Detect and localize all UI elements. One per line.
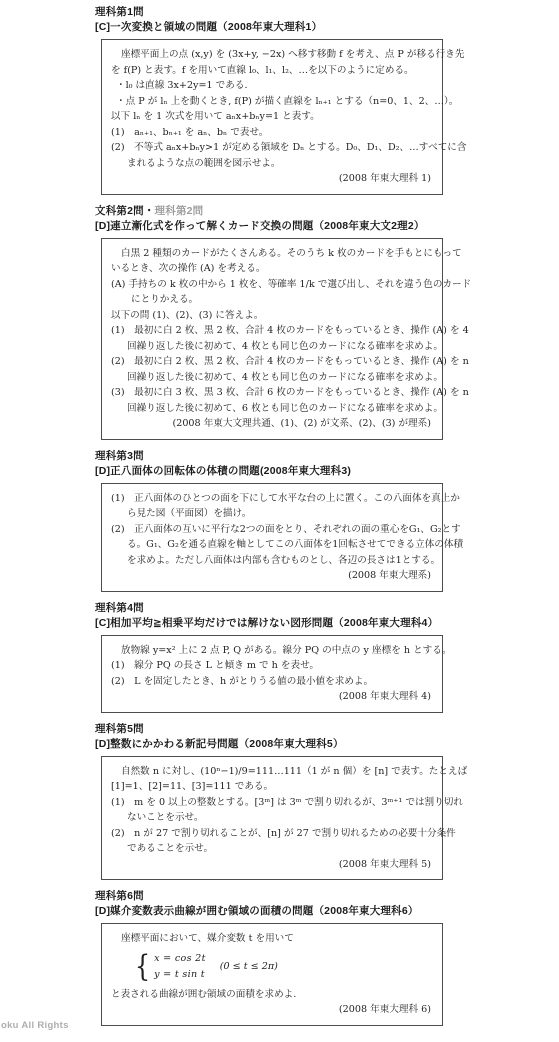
problem-text-line: (A) 手持ちの k 枚の中から 1 枚を、等確率 1/k で選び出し、それを違… <box>111 277 433 293</box>
problem-text-line: 以下 lₙ を 1 次式を用いて aₙx+bₙy=1 と表す。 <box>111 109 433 125</box>
problem-box: 白黒 2 種類のカードがたくさんある。そのうち k 枚のカードを手もとにもって … <box>101 238 443 440</box>
equation-y: y = t sin t <box>154 967 206 983</box>
problem-box: 放物線 y=x² 上に 2 点 P, Q がある。線分 PQ の中点の y 座標… <box>101 635 443 713</box>
citation: (2008 年東大理科 4) <box>111 689 433 705</box>
problem-box: 座標平面上の点 (x,y) を (3x+y, −2x) へ移す移動 f を考え、… <box>101 39 443 195</box>
problem-text-line: (2) 最初に白 2 枚、黒 2 枚、合計 4 枚のカードをもっているとき、操作… <box>111 354 433 370</box>
section-heading: 理科第6問 <box>95 889 445 904</box>
section-heading-secondary-label: 理科第2問 <box>155 205 204 217</box>
citation: (2008 年東大理科 5) <box>111 857 433 873</box>
problem-text-line: (2) 正八面体の互いに平行な2つの面をとり、それぞれの面の重心をG₁、G₂とす <box>111 522 433 538</box>
section-rika-1: 理科第1問 [C]一次変換と領域の問題（2008年東大理科1） 座標平面上の点 … <box>95 5 445 195</box>
section-heading: 理科第3問 <box>95 449 445 464</box>
problem-box: 座標平面において、媒介変数 t を用いて { x = cos 2t y = t … <box>101 923 443 1026</box>
problem-text-line: ないことを示せ。 <box>111 810 433 826</box>
section-heading-label: 理科第3問 <box>95 450 144 462</box>
problem-text-line: (1) 正八面体のひとつの面を下にして水平な台の上に置く。この八面体を真上か <box>111 491 433 507</box>
problem-title: [D]正八面体の回転体の体積の問題(2008年東大理科3) <box>95 464 445 479</box>
problem-text-line: ・点 P が lₙ 上を動くとき, f(P) が描く直線を lₙ₊₁ とする（n… <box>111 94 433 110</box>
section-rika-6: 理科第6問 [D]媒介変数表示曲線が囲む領域の面積の問題（2008年東大理科6）… <box>95 889 445 1026</box>
section-heading-label: 理科第4問 <box>95 602 144 614</box>
problem-text-line: る。G₁、G₂を通る直線を軸としてこの八面体を1回転させてできる立体の体積 <box>111 537 433 553</box>
problem-text-line: 回繰り返した後に初めて、6 枚とも同じ色のカードになる確率を求めよ。 <box>111 401 433 417</box>
problem-title: [D]媒介変数表示曲線が囲む領域の面積の問題（2008年東大理科6） <box>95 904 445 919</box>
section-heading: 理科第5問 <box>95 722 445 737</box>
problem-text-line: ら見た図（平面図）を描け。 <box>111 506 433 522</box>
equation-system: { x = cos 2t y = t sin t (0 ≤ t ≤ 2π) <box>133 949 433 985</box>
problem-title: [C]一次変換と領域の問題（2008年東大理科1） <box>95 20 445 35</box>
section-heading-label: 理科第1問 <box>95 6 144 18</box>
problem-text-line: (2) n が 27 で割り切れることが、[n] が 27 で割り切れるための必… <box>111 826 433 842</box>
problem-text-line: (1) m を 0 以上の整数とする。[3ᵐ] は 3ᵐ で割り切れるが、3ᵐ⁺… <box>111 795 433 811</box>
problem-text-line: 以下の問 (1)、(2)、(3) に答えよ。 <box>111 308 433 324</box>
problem-text-line: (1) aₙ₊₁、bₙ₊₁ を aₙ、bₙ で表せ。 <box>111 125 433 141</box>
problem-text-line: (2) 不等式 aₙx+bₙy>1 が定める領域を Dₙ とする。D₀、D₁、D… <box>111 140 433 156</box>
problem-text-line: にとりかえる。 <box>111 292 433 308</box>
equation-lines: x = cos 2t y = t sin t <box>154 951 206 983</box>
problem-text-line: いるとき、次の操作 (A) を考える。 <box>111 261 433 277</box>
problem-title: [D]連立漸化式を作って解くカード交換の問題（2008年東大文2理2） <box>95 219 445 234</box>
problem-text-line: 回繰り返した後に初めて、4 枚とも同じ色のカードになる確率を求めよ。 <box>111 370 433 386</box>
citation: (2008 年東大文理共通、(1)、(2) が文系、(2)、(3) が理系) <box>111 416 433 432</box>
citation: (2008 年東大理科 6) <box>111 1002 433 1018</box>
problem-text-line: 座標平面において、媒介変数 t を用いて <box>111 931 433 947</box>
problem-text-line: であることを示せ。 <box>111 841 433 857</box>
problem-text-line: と表される曲線が囲む領域の面積を求めよ. <box>111 987 433 1003</box>
document-content: 理科第1問 [C]一次変換と領域の問題（2008年東大理科1） 座標平面上の点 … <box>95 5 445 1035</box>
problem-text-line: を f(P) と表す。f を用いて直線 l₀、l₁、l₂、…を以下のように定める… <box>111 63 433 79</box>
left-brace: { <box>135 949 150 985</box>
section-heading: 理科第1問 <box>95 5 445 20</box>
problem-text-line: [1]=1、[2]=11、[3]=111 である。 <box>111 779 433 795</box>
section-heading-label: 文科第2問・ <box>95 205 155 217</box>
section-rika-5: 理科第5問 [D]整数にかかわる新記号問題（2008年東大理科5） 自然数 n … <box>95 722 445 881</box>
problem-title: [C]相加平均≧相乗平均だけでは解けない図形問題（2008年東大理科4） <box>95 616 445 631</box>
problem-text-line: (2) L を固定したとき、h がとりうる値の最小値を求めよ。 <box>111 674 433 690</box>
problem-text-line: 自然数 n に対し、(10ⁿ−1)/9=111…111（1 が n 個）を [n… <box>111 764 433 780</box>
section-heading: 理科第4問 <box>95 601 445 616</box>
copyright-text: oku All Rights <box>1 1020 69 1031</box>
problem-box: 自然数 n に対し、(10ⁿ−1)/9=111…111（1 が n 個）を [n… <box>101 756 443 881</box>
section-heading: 文科第2問・理科第2問 <box>95 204 445 219</box>
problem-text-line: まれるような点の範囲を図示せよ。 <box>111 156 433 172</box>
problem-text-line: 放物線 y=x² 上に 2 点 P, Q がある。線分 PQ の中点の y 座標… <box>111 643 433 659</box>
citation: (2008 年東大理科 1) <box>111 171 433 187</box>
problem-text-line: 白黒 2 種類のカードがたくさんある。そのうち k 枚のカードを手もとにもって <box>111 246 433 262</box>
citation: (2008 年東大理系) <box>111 568 433 584</box>
problem-text-line: 座標平面上の点 (x,y) を (3x+y, −2x) へ移す移動 f を考え、… <box>111 47 433 63</box>
equation-x: x = cos 2t <box>154 951 206 967</box>
problem-title: [D]整数にかかわる新記号問題（2008年東大理科5） <box>95 737 445 752</box>
section-bunka2-rika2: 文科第2問・理科第2問 [D]連立漸化式を作って解くカード交換の問題（2008年… <box>95 204 445 440</box>
problem-text-line: ・l₀ は直線 3x+2y=1 である. <box>111 78 433 94</box>
problem-text-line: (3) 最初に白 3 枚、黒 3 枚、合計 6 枚のカードをもっているとき、操作… <box>111 385 433 401</box>
problem-text-line: 回繰り返した後に初めて、4 枚とも同じ色のカードになる確率を求めよ。 <box>111 339 433 355</box>
section-rika-4: 理科第4問 [C]相加平均≧相乗平均だけでは解けない図形問題（2008年東大理科… <box>95 601 445 713</box>
problem-text-line: (1) 線分 PQ の長さ L と傾き m で h を表せ。 <box>111 658 433 674</box>
problem-text-line: を求めよ。ただし八面体は内部も含むものとし、各辺の長さは1とする。 <box>111 553 433 569</box>
section-heading-label: 理科第5問 <box>95 723 144 735</box>
equation-domain: (0 ≤ t ≤ 2π) <box>220 959 278 975</box>
problem-text-line: (1) 最初に白 2 枚、黒 2 枚、合計 4 枚のカードをもっているとき、操作… <box>111 323 433 339</box>
section-rika-3: 理科第3問 [D]正八面体の回転体の体積の問題(2008年東大理科3) (1) … <box>95 449 445 592</box>
section-heading-label: 理科第6問 <box>95 890 144 902</box>
problem-box: (1) 正八面体のひとつの面を下にして水平な台の上に置く。この八面体を真上か ら… <box>101 483 443 592</box>
